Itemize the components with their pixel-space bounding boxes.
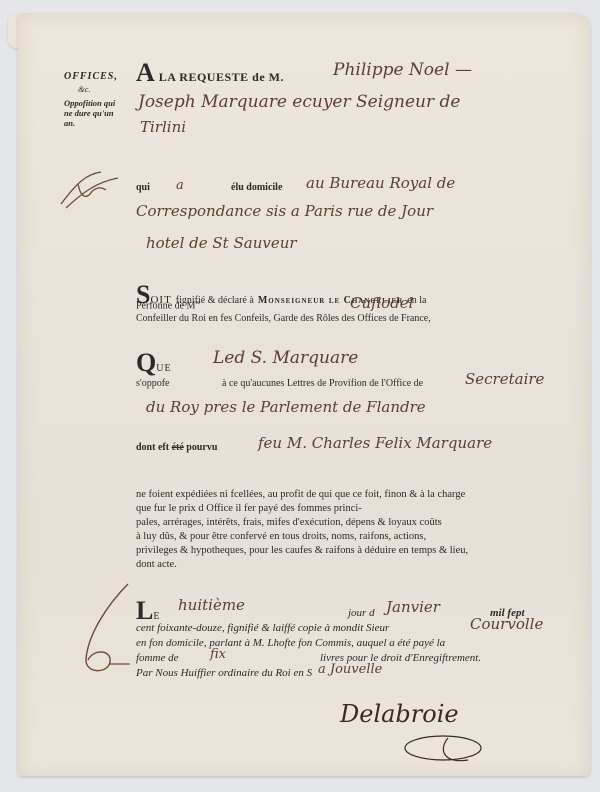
soit-line3: Confeiller du Roi en fes Confeils, Garde… [136,313,431,324]
soit-line2: Perfonne de Mre [136,300,200,311]
que-office-line1: Secretaire [465,370,544,388]
domicile-a: a [176,178,184,193]
return-line5: Par Nous Huiffier ordinaire du Roi en S [136,666,312,680]
return-amount: fix [210,647,226,662]
pourvu-line: dont eft été pourvu [136,442,217,453]
margin-heading: OFFICES, [64,72,118,82]
que-handwritten-name: Led S. Marquare [213,348,358,368]
margin-note-line2: ne dure qu'un [64,108,114,118]
requester-name-line2: Joseph Marquare ecuyer Seigneur de [138,92,460,112]
signature-flourish-icon [398,730,508,770]
que-caps: UE [156,363,171,374]
pourvu-printed-end: pourvu [186,442,217,453]
margin-note-line3: an. [64,118,75,128]
return-sieur-name: Courvolle [470,615,543,633]
requester-name-line1: Philippe Noel — [333,60,472,80]
margin-note-line1: Oppofition qui [64,98,115,108]
conditions-line2: que fur le prix d Office il fer payé des… [136,502,362,516]
return-line2: cent foixante-douze, fignifié & laiffé c… [136,621,389,635]
conditions-line5: privileges & hypotheques, pour les caufe… [136,544,468,558]
conditions-line6: dont acte. [136,558,177,572]
domicile-address-line1: au Bureau Royal de [306,174,455,192]
initial-q: Q [136,348,156,377]
que-initial-line: QUE [136,350,172,376]
domicile-address-line3: hotel de St Sauveur [146,234,297,252]
return-jour: jour d [348,606,375,620]
huissier-signature: Delabroie [340,700,459,728]
que-soppose: s'oppofe [136,378,169,389]
return-month: Janvier [386,598,440,616]
paraph-flourish-icon [56,164,126,214]
domicile-elu: élu domicile [231,182,282,193]
que-printed-line: à ce qu'aucunes Lettres de Provifion de … [222,378,423,389]
return-jurisdiction: a Jouvelle [318,662,382,677]
domicile-address-line2: Correspondance sis a Paris rue de Jour [136,202,433,220]
request-printed: LA REQUESTE de M. [159,70,284,84]
initial-a: A [136,58,155,87]
request-line: A LA REQUESTE de M. [136,60,284,86]
document-page: OFFICES, &c. Oppofition qui ne dure qu'u… [18,14,590,776]
margin-number-six [68,574,138,684]
que-office-line2: du Roy pres le Parlement de Flandre [146,398,426,416]
pourvu-printed: dont eft [136,442,169,453]
conditions-line4: à luy dûs, & pour être confervé en tous … [136,530,426,544]
conditions-line3: pales, arrérages, intérêts, frais, mifes… [136,516,442,530]
return-line3: en fon domicile, parlant à M. Lhofte fon… [136,636,445,650]
pourvu-handwritten: feu M. Charles Felix Marquare [258,434,492,452]
soit-handwritten-name: Cuflodel [350,294,413,312]
soit-personne-sup: re [195,300,200,306]
domicile-qui: qui [136,182,150,193]
conditions-line1: ne foient expédiées ni fcellées, au prof… [136,488,465,502]
pourvu-struck: été [172,442,184,453]
requester-name-line3: Tirlini [140,118,186,136]
margin-etc: &c. [78,84,91,94]
return-day: huitième [178,596,245,614]
return-line4-start: fomme de [136,651,178,665]
soit-personne: Perfonne de M [136,300,195,311]
